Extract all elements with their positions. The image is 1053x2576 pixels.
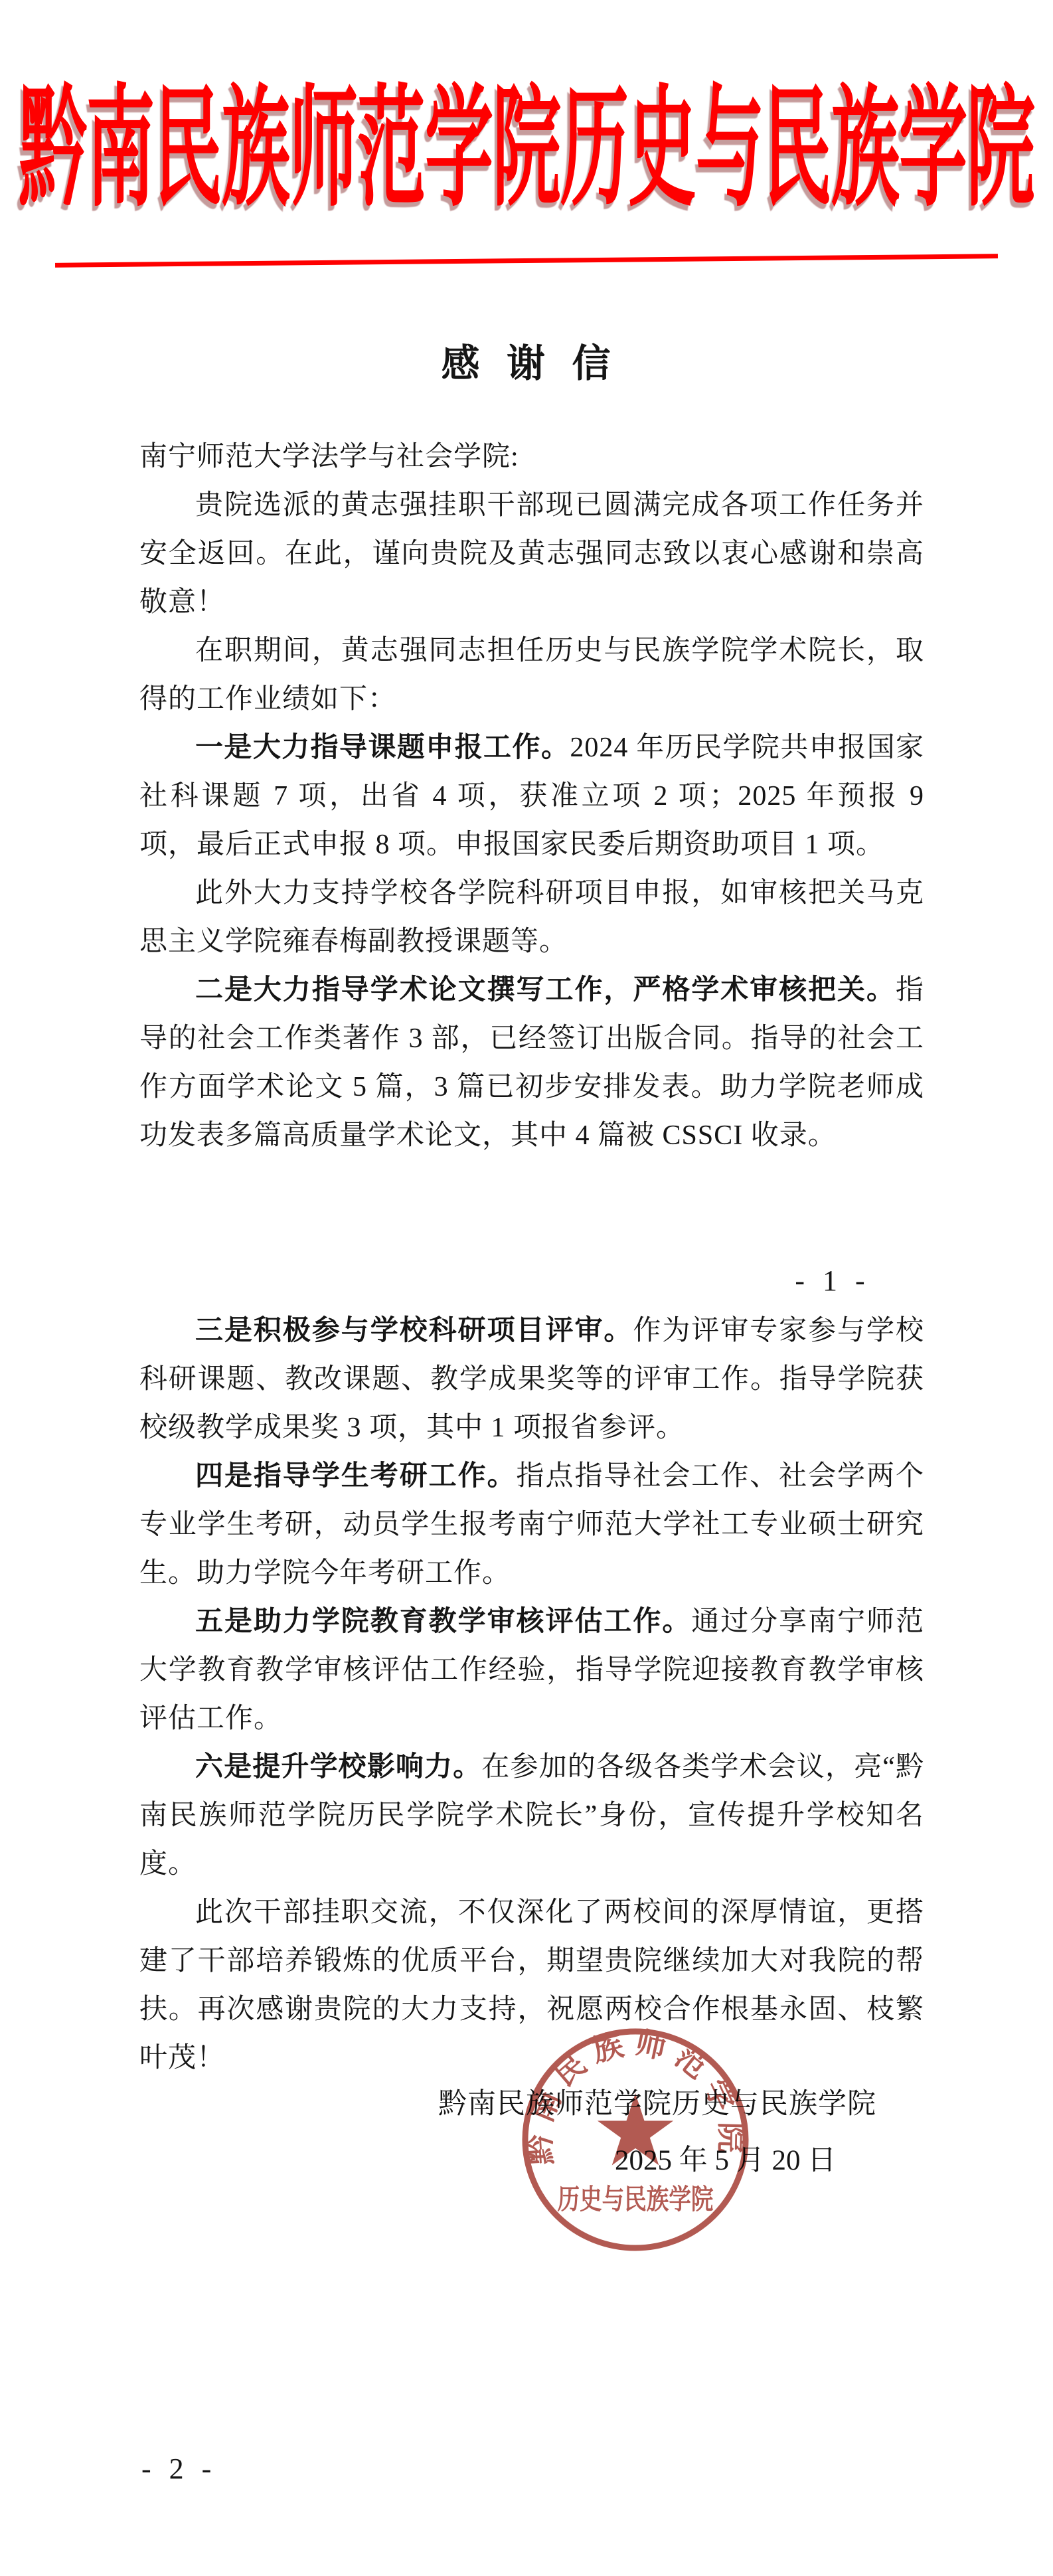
- paragraph-text: 此外大力支持学校各学院科研项目申报，如审核把关马克思主义学院雍春梅副教授课题等。: [139, 878, 924, 957]
- letter-paragraph: 二是大力指导学术论文撰写工作，严格学术审核把关。指导的社会工作类著作 3 部，已…: [139, 966, 924, 1160]
- letter-paragraph: 三是积极参与学校科研项目评审。作为评审专家参与学校科研课题、教改课题、教学成果奖…: [139, 1307, 924, 1452]
- paragraph-bold-lead: 六是提升学校影响力。: [195, 1752, 481, 1782]
- paragraph-text: 贵院选派的黄志强挂职干部现已圆满完成各项工作任务并安全返回。在此，谨向贵院及黄志…: [139, 490, 924, 618]
- page2-number: - 2 -: [141, 2452, 211, 2486]
- letterhead-org-name: 黔南民族师范学院历史与民族学院: [0, 85, 1053, 216]
- paragraph-text: 在职期间，黄志强同志担任历史与民族学院学术院长，取得的工作业绩如下：: [139, 636, 924, 715]
- letter-paragraph: 五是助力学院教育教学审核评估工作。通过分享南宁师范大学教育教学审核评估工作经验，…: [139, 1598, 924, 1743]
- seal-bottom-text: 历史与民族学院: [558, 2184, 714, 2215]
- letter-paragraph: 此外大力支持学校各学院科研项目申报，如审核把关马克思主义学院雍春梅副教授课题等。: [139, 869, 924, 966]
- letter-paragraph: 贵院选派的黄志强挂职干部现已圆满完成各项工作任务并安全返回。在此，谨向贵院及黄志…: [139, 481, 924, 627]
- page1-number: - 1 -: [764, 1264, 896, 1298]
- letterhead-rule: [55, 254, 998, 268]
- paragraph-bold-lead: 一是大力指导课题申报工作。: [195, 732, 570, 763]
- seal-star-icon: [598, 2093, 673, 2166]
- paragraph-bold-lead: 三是积极参与学校科研项目评审。: [195, 1316, 633, 1346]
- letter-paragraph: 一是大力指导课题申报工作。2024 年历民学院共申报国家社科课题 7 项，出省 …: [139, 724, 924, 869]
- paragraph-bold-lead: 四是指导学生考研工作。: [195, 1461, 517, 1492]
- paragraph-bold-lead: 二是大力指导学术论文撰写工作，严格学术审核把关。: [195, 975, 896, 1005]
- letter-paragraph: 六是提升学校影响力。在参加的各级各类学术会议，亮“黔南民族师范学院历民学院学术院…: [139, 1743, 924, 1889]
- letter-paragraph: 四是指导学生考研工作。指点指导社会工作、社会学两个专业学生考研，动员学生报考南宁…: [139, 1452, 924, 1598]
- paragraph-text: 南宁师范大学法学与社会学院:: [139, 442, 519, 472]
- page1-paragraphs: 南宁师范大学法学与社会学院:贵院选派的黄志强挂职干部现已圆满完成各项工作任务并安…: [139, 433, 924, 1160]
- letter-paragraph: 南宁师范大学法学与社会学院:: [139, 433, 924, 481]
- letter-page: 黔南民族师范学院历史与民族学院 感 谢 信 南宁师范大学法学与社会学院:贵院选派…: [0, 0, 1053, 2576]
- page2-paragraphs: 三是积极参与学校科研项目评审。作为评审专家参与学校科研课题、教改课题、教学成果奖…: [139, 1307, 924, 2083]
- letter-title: 感 谢 信: [0, 332, 1053, 388]
- letter-paragraph: 在职期间，黄志强同志担任历史与民族学院学术院长，取得的工作业绩如下：: [139, 627, 924, 724]
- paragraph-bold-lead: 五是助力学院教育教学审核评估工作。: [195, 1606, 691, 1637]
- official-seal: 黔南民族师范学院 历史与民族学院: [511, 2018, 764, 2265]
